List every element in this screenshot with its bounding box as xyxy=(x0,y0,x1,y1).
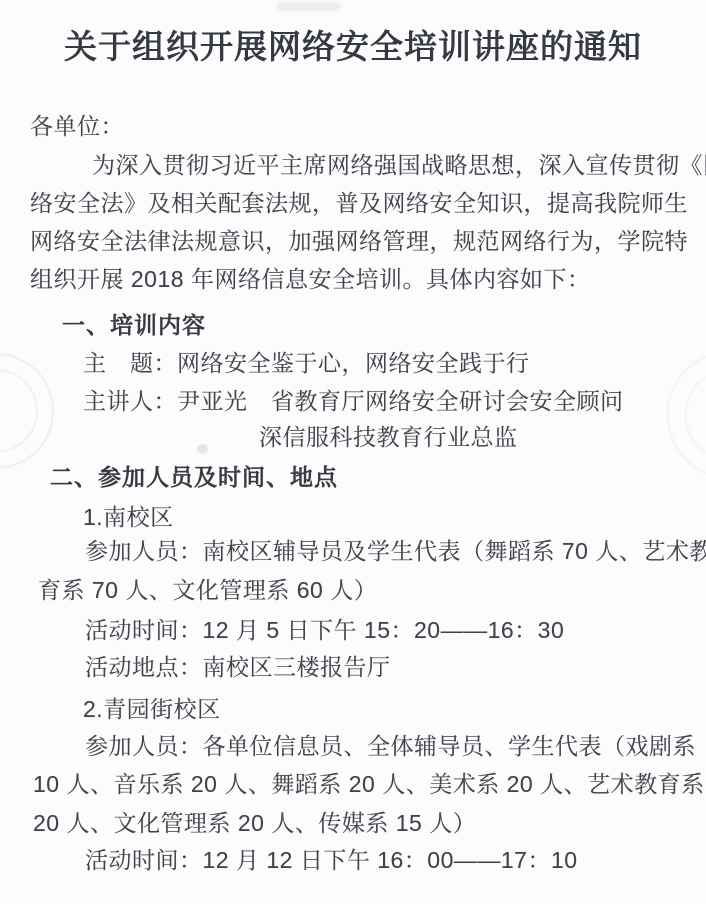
scanned-notice-document: 关于组织开展网络安全培训讲座的通知 各单位： 为深入贯彻习近平主席网络强国战略思… xyxy=(0,0,706,904)
campus-2-participants-line-1: 参加人员：各单位信息员、全体辅导员、学生代表（戏剧系 xyxy=(85,733,696,759)
intro-line-2: 络安全法》及相关配套法规，普及网络安全知识，提高我院师生 xyxy=(30,190,688,216)
topic-line: 主 题：网络安全鉴于心，网络安全践于行 xyxy=(83,350,530,376)
section-2-heading: 二、参加人员及时间、地点 xyxy=(50,464,338,490)
notice-title: 关于组织开展网络安全培训讲座的通知 xyxy=(0,21,706,68)
campus-2-time-line: 活动时间：12 月 12 日下午 16：00——17：10 xyxy=(85,847,578,873)
section-1-heading: 一、培训内容 xyxy=(62,312,206,338)
scan-artifact-ring-right-inner xyxy=(684,368,706,462)
scan-smudge-top xyxy=(277,2,341,11)
campus-1-participants-line-2: 育系 70 人、文化管理系 60 人） xyxy=(38,577,377,603)
speaker-line: 主讲人：尹亚光 省教育厅网络安全研讨会安全顾问 xyxy=(83,388,624,414)
campus-1-place-line: 活动地点：南校区三楼报告厅 xyxy=(85,654,391,680)
campus-1-participants-line-1: 参加人员：南校区辅导员及学生代表（舞蹈系 70 人、艺术教 xyxy=(85,538,706,564)
scan-artifact-ring-left-inner xyxy=(0,369,38,453)
speaker-org-line: 深信服科技教育行业总监 xyxy=(259,424,518,450)
scan-artifact-ring-left-outer xyxy=(0,353,54,469)
intro-line-4: 组织开展 2018 年网络信息安全培训。具体内容如下： xyxy=(30,266,590,292)
scan-artifact-dot xyxy=(197,444,208,454)
campus-1-name: 1.南校区 xyxy=(83,504,174,530)
campus-1-time-line: 活动时间：12 月 5 日下午 15：20——16：30 xyxy=(85,617,564,643)
salutation: 各单位： xyxy=(30,113,124,139)
intro-line-3: 网络安全法律法规意识，加强网络管理，规范网络行为，学院特 xyxy=(30,228,688,254)
scan-artifact-ring-right-outer xyxy=(666,350,706,480)
campus-2-participants-line-3: 20 人、文化管理系 20 人、传媒系 15 人） xyxy=(33,810,476,836)
campus-2-name: 2.青园街校区 xyxy=(83,696,221,722)
intro-line-1: 为深入贯彻习近平主席网络强国战略思想，深入宣传贯彻《网 xyxy=(92,152,706,178)
campus-2-participants-line-2: 10 人、音乐系 20 人、舞蹈系 20 人、美术系 20 人、艺术教育系 xyxy=(33,771,705,797)
